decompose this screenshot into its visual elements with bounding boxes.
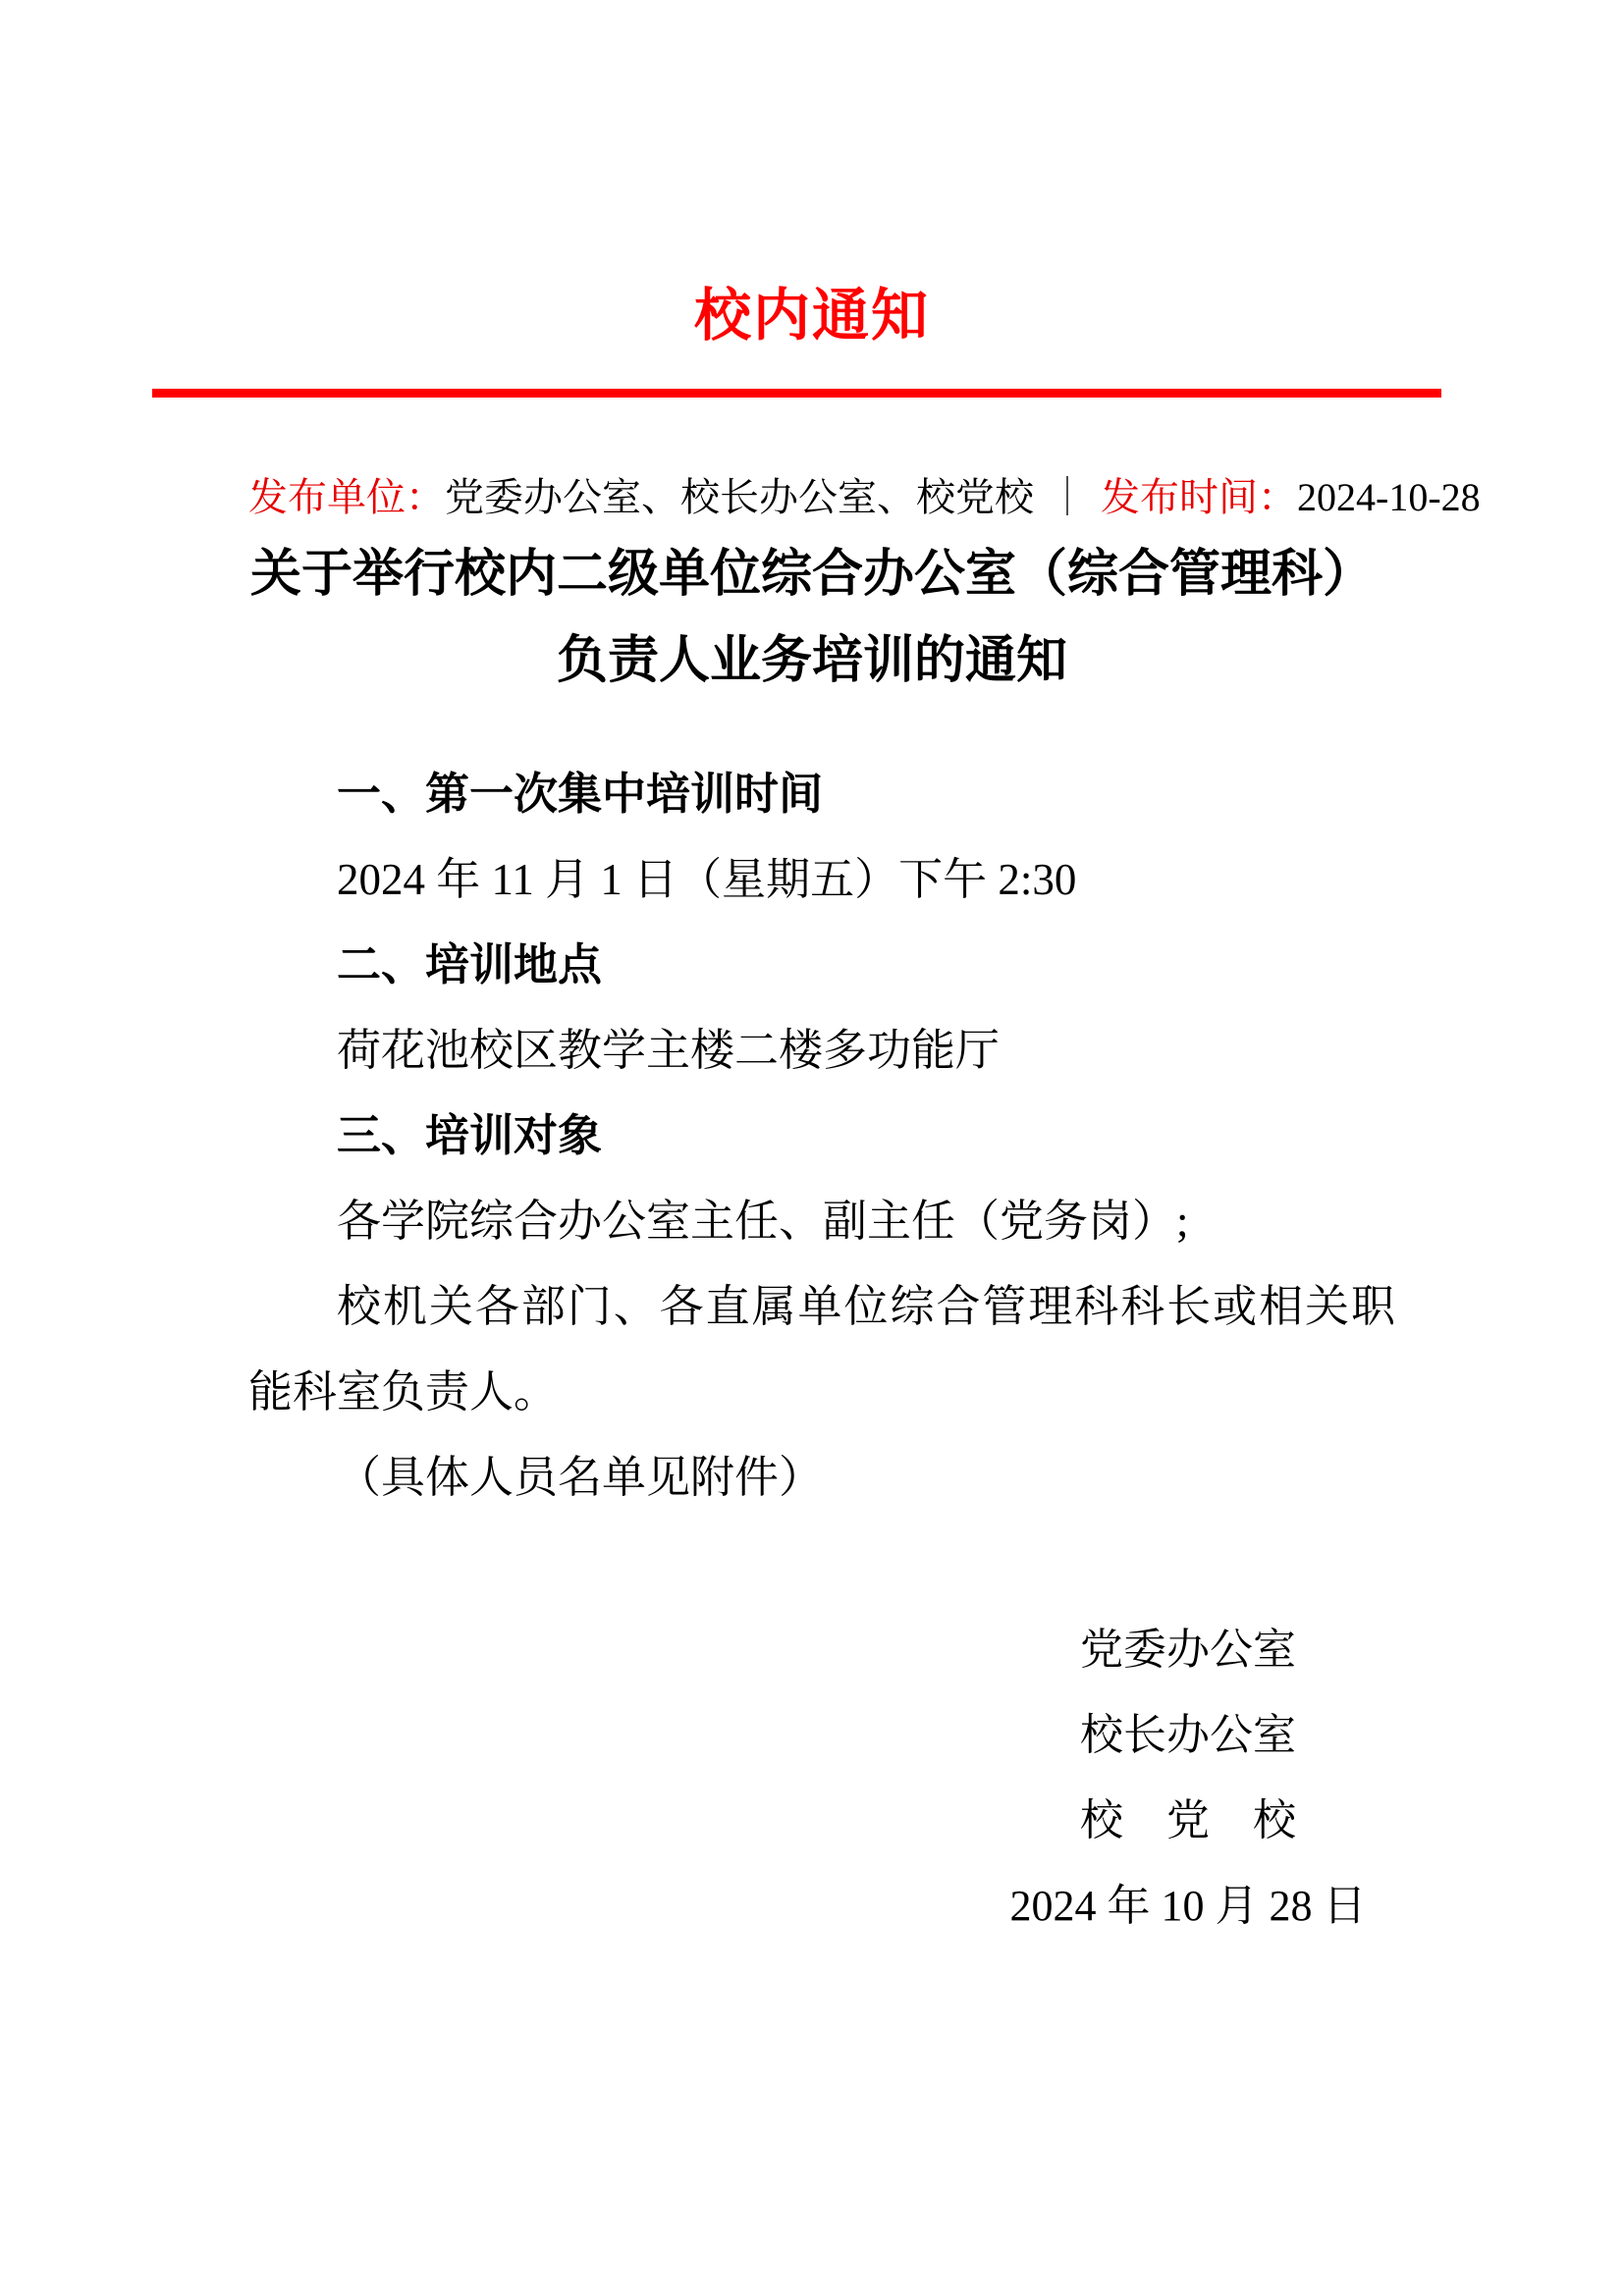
section-2-heading: 二、培训地点	[248, 923, 1395, 1008]
signature-date: 2024 年 10 月 28 日	[1001, 1863, 1375, 1949]
publish-unit-label: 发布单位：	[248, 475, 445, 519]
header-divider-line	[152, 389, 1441, 398]
section-2-content: 荷花池校区教学主楼二楼多功能厅	[248, 1008, 1395, 1094]
publish-time-value: 2024-10-28	[1297, 475, 1481, 519]
signature-block: 党委办公室 校长办公室 校 党 校 2024 年 10 月 28 日	[1001, 1607, 1375, 1949]
signature-line-3: 校 党 校	[1001, 1778, 1375, 1863]
section-1-heading: 一、第一次集中培训时间	[248, 752, 1395, 837]
section-3-content-line-2: 校机关各部门、各直属单位综合管理科科长或相关职能科室负责人。	[248, 1264, 1395, 1435]
notice-body: 一、第一次集中培训时间 2024 年 11 月 1 日（星期五）下午 2:30 …	[248, 752, 1395, 1521]
page-title: 校内通知	[0, 283, 1624, 349]
publish-meta: 发布单位：党委办公室、校长办公室、校党校｜发布时间：2024-10-28	[248, 469, 1397, 526]
attachment-note: （具体人员名单见附件）	[248, 1435, 1395, 1521]
section-3-heading: 三、培训对象	[248, 1094, 1395, 1179]
document-title-line-1: 关于举行校内二级单位综合办公室（综合管理科）	[250, 547, 1374, 603]
publish-time-label: 发布时间：	[1101, 475, 1297, 519]
signature-line-2: 校长办公室	[1001, 1692, 1375, 1778]
section-1-content: 2024 年 11 月 1 日（星期五）下午 2:30	[248, 837, 1395, 923]
section-3-content-line-1: 各学院综合办公室主任、副主任（党务岗）;	[248, 1179, 1395, 1264]
signature-line-1: 党委办公室	[1001, 1607, 1375, 1692]
meta-separator: ｜	[1048, 475, 1087, 519]
document-title: 关于举行校内二级单位综合办公室（综合管理科） 负责人业务培训的通知	[0, 532, 1624, 705]
document-title-line-2: 负责人业务培训的通知	[557, 633, 1067, 689]
publish-unit-value: 党委办公室、校长办公室、校党校	[445, 475, 1034, 519]
notice-page: 校内通知 发布单位：党委办公室、校长办公室、校党校｜发布时间：2024-10-2…	[0, 0, 1624, 2296]
